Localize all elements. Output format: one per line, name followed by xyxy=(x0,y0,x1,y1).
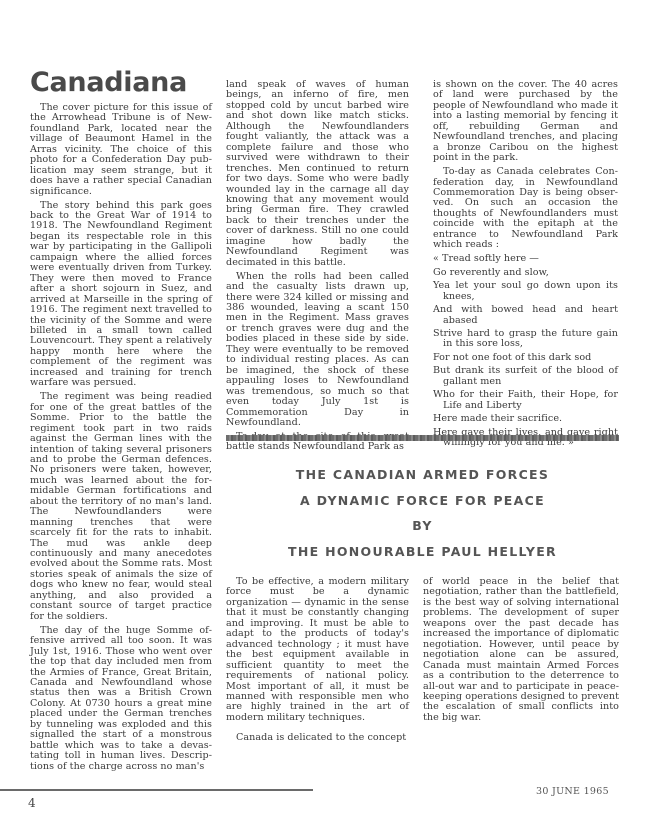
paragraph: The cover picture for this issue of the … xyxy=(30,103,212,197)
headline-line: THE CANADIAN ARMED FORCES xyxy=(226,462,619,488)
paragraph: The day of the huge Somme of­fensive arr… xyxy=(30,626,212,772)
article2-column-2: of world peace in the belief that negoti… xyxy=(423,577,619,733)
article2-column-1: To be effective, a modern military force… xyxy=(226,577,409,754)
poem-line: Who for their Faith, their Hope, for Lif… xyxy=(433,390,618,411)
paragraph: is shown on the cover. The 40 acres of l… xyxy=(433,80,618,164)
poem-line: Yea let your soul go down upon its knees… xyxy=(433,281,618,302)
footer-rule xyxy=(0,789,313,791)
poem-line: And with bowed head and heart abased xyxy=(433,305,618,326)
paragraph: The story behind this park goes back to … xyxy=(30,201,212,389)
poem-line: But drank its surfeit of the blood of ga… xyxy=(433,366,618,387)
article-headline: THE CANADIAN ARMED FORCES A DYNAMIC FORC… xyxy=(226,462,619,564)
article-column-3: is shown on the cover. The 40 acres of l… xyxy=(433,80,618,452)
issue-date: 30 JUNE 1965 xyxy=(536,786,609,797)
poem-line: Go reverently and slow, xyxy=(433,268,618,278)
section-masthead: Canadiana xyxy=(30,68,187,98)
headline-line: A DYNAMIC FORCE FOR PEACE xyxy=(226,488,619,514)
headline-byline-label: BY xyxy=(226,513,619,539)
poem-line: Here made their sacrifice. xyxy=(433,414,618,424)
article-column-1: The cover picture for this issue of the … xyxy=(30,103,212,776)
paragraph: The regiment was being readied for one o… xyxy=(30,392,212,622)
epitaph-poem: « Tread softly here — Go reverently and … xyxy=(433,254,618,448)
paragraph: To-day as Canada celebrates Con­federati… xyxy=(433,167,618,251)
page-number: 4 xyxy=(28,796,36,810)
poem-line: Strive hard to grasp the future gain in … xyxy=(433,329,618,350)
paragraph: of world peace in the belief that negoti… xyxy=(423,577,619,723)
article-column-2: land speak of waves of human beings, an … xyxy=(226,80,409,456)
paragraph: When the rolls had been called and the c… xyxy=(226,272,409,429)
poem-line: For not one foot of this dark sod xyxy=(433,353,618,363)
poem-line: « Tread softly here — xyxy=(433,254,618,264)
section-divider-bar xyxy=(226,435,619,441)
paragraph: To be effective, a modern military force… xyxy=(226,577,409,723)
paragraph: Canada is delicated to the concept xyxy=(226,733,409,743)
headline-author: THE HONOURABLE PAUL HELLYER xyxy=(226,539,619,565)
paragraph: land speak of waves of human beings, an … xyxy=(226,80,409,268)
